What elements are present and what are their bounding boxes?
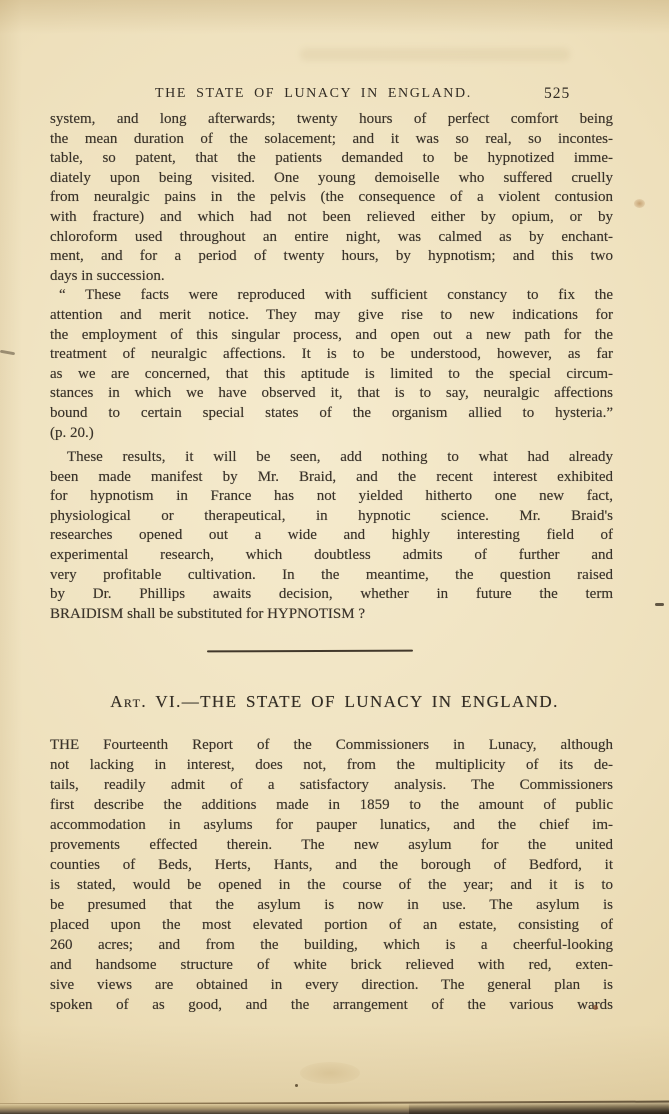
book-edge-band <box>0 1104 669 1114</box>
paragraph-lunacy-report: THE Fourteenth Report of the Commissione… <box>50 735 613 1015</box>
scan-left-edge-shadow <box>0 0 22 1114</box>
text-line: with fracture) and which had not been re… <box>50 208 613 228</box>
text-line: and handsome structure of white brick re… <box>50 955 613 975</box>
text-line: as we are concerned, that this aptitude … <box>50 365 613 385</box>
article-vi-opening-text: THE Fourteenth Report of the Commissione… <box>50 735 613 1015</box>
text-line: placed upon the most elevated portion of… <box>50 915 613 935</box>
text-line: experimental research, which doubtless a… <box>50 546 613 566</box>
text-line: been made manifest by Mr. Braid, and the… <box>50 468 613 488</box>
text-line: provements effected therein. The new asy… <box>50 835 613 855</box>
text-line: researches opened out a wide and highly … <box>50 526 613 546</box>
page-bottom-edge-line <box>0 1101 669 1106</box>
text-line: THE Fourteenth Report of the Commissione… <box>50 735 613 755</box>
paper-stain <box>634 199 645 208</box>
text-line: counties of Beds, Herts, Hants, and the … <box>50 855 613 875</box>
text-line: diately upon being visited. One young de… <box>50 169 613 189</box>
article-separator-rule <box>207 650 413 653</box>
article-v-conclusion: These results, it will be seen, add noth… <box>50 448 613 624</box>
foxing-spot <box>300 1062 360 1084</box>
text-line: by Dr. Phillips awaits decision, whether… <box>50 585 613 605</box>
text-line: bound to certain special states of the o… <box>50 404 613 424</box>
book-edge-corner-shadow <box>409 1100 669 1114</box>
scan-bottom-shadow <box>0 1024 669 1104</box>
block-quote-report-extract: “ These facts were reproduced with suffi… <box>50 286 613 443</box>
text-line: sive views are obtained in every directi… <box>50 975 613 995</box>
page-number: 525 <box>544 85 570 103</box>
text-line: ment, and for a period of twenty hours, … <box>50 247 613 267</box>
text-line: chloroform used throughout an entire nig… <box>50 228 613 248</box>
text-line: not lacking in interest, does not, from … <box>50 755 613 775</box>
text-line: “ These facts were reproduced with suffi… <box>50 286 613 306</box>
text-line: tails, readily admit of a satisfactory a… <box>50 775 613 795</box>
text-line: from neuralgic pains in the pelvis (the … <box>50 188 613 208</box>
text-line: physiological or therapeutical, in hypno… <box>50 507 613 527</box>
text-line: days in succession. <box>50 267 613 287</box>
text-line: treatment of neuralgic affections. It is… <box>50 345 613 365</box>
margin-pen-mark <box>0 350 15 356</box>
scan-top-edge-shadow <box>0 0 669 34</box>
text-line: be presumed that the asylum is now in us… <box>50 895 613 915</box>
text-line: (p. 20.) <box>50 424 613 444</box>
text-line: These results, it will be seen, add noth… <box>50 448 613 468</box>
paragraph-braid-conclusion: These results, it will be seen, add noth… <box>50 448 613 624</box>
ink-speck <box>295 1084 298 1087</box>
scanned-book-page: THE STATE OF LUNACY IN ENGLAND. 525 syst… <box>0 0 669 1114</box>
text-line: the employment of this singular process,… <box>50 326 613 346</box>
text-line: BRAIDISM shall be substituted for HYPNOT… <box>50 605 613 625</box>
text-line: stances in which we have observed it, th… <box>50 384 613 404</box>
text-line: 260 acres; and from the building, which … <box>50 935 613 955</box>
text-line: very profitable cultivation. In the mean… <box>50 566 613 586</box>
text-line: for hypnotism in France has not yielded … <box>50 487 613 507</box>
text-line: spoken of as good, and the arrangement o… <box>50 995 613 1015</box>
article-v-closing-text: system, and long afterwards; twenty hour… <box>50 110 613 443</box>
article-vi-heading: Art. VI.—THE STATE OF LUNACY IN ENGLAND. <box>0 692 669 712</box>
text-line: first describe the additions made in 185… <box>50 795 613 815</box>
running-header: THE STATE OF LUNACY IN ENGLAND. 525 <box>0 86 669 108</box>
text-line: accommodation in asylums for pauper luna… <box>50 815 613 835</box>
text-line: is stated, would be opened in the course… <box>50 875 613 895</box>
paragraph-hypnotism-cases: system, and long afterwards; twenty hour… <box>50 110 613 286</box>
ink-showthrough-smudge <box>300 48 570 61</box>
text-line: table, so patent, that the patients dema… <box>50 149 613 169</box>
text-line: attention and merit notice. They may giv… <box>50 306 613 326</box>
running-header-title: THE STATE OF LUNACY IN ENGLAND. <box>155 86 472 102</box>
margin-ink-dash <box>655 603 664 606</box>
text-line: the mean duration of the solacement; and… <box>50 130 613 150</box>
text-line: system, and long afterwards; twenty hour… <box>50 110 613 130</box>
